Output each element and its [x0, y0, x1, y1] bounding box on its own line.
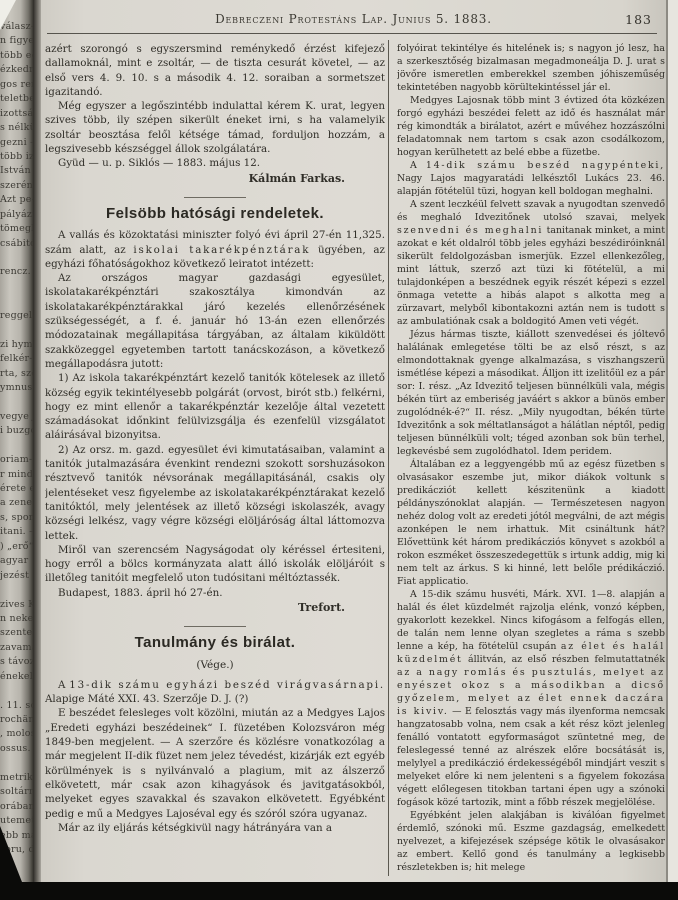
neighbor-page-line: csábitó — [0, 237, 33, 251]
neighbor-page-line: felkér- — [0, 352, 33, 366]
neighbor-page-line — [0, 280, 33, 294]
neighbor-page-line: a zenei — [0, 496, 33, 510]
article-title: Tanulmány és birálat. — [45, 636, 385, 650]
neighbor-page-line: oriam- — [0, 453, 33, 467]
neighbor-page-line — [0, 294, 33, 308]
paragraph: Jézus hármas tiszte, kiállott szenvedése… — [397, 328, 665, 458]
neighbor-page-line: gezni — — [0, 136, 33, 150]
scan-bottom-shadow — [0, 882, 678, 900]
emphasized-text: iskolai takarékpénztárak — [133, 244, 310, 256]
paragraph: Egyébként jelen alakjában is kiválóan fi… — [397, 809, 665, 874]
neighbor-page-line: zavamat, — [0, 641, 33, 655]
neighbor-page-line: ymnusok — [0, 381, 33, 395]
text-segment: Már az ily eljárás kétségkivül nagy hátr… — [58, 822, 332, 834]
paragraph: azért szorongó s egyszersmind reménykedő… — [45, 42, 385, 99]
text-segment: Jézus hármas tiszte, kiállott szenvedése… — [397, 329, 665, 457]
page-number: 183 — [625, 12, 652, 27]
neighbor-page-line: izottság — [0, 107, 33, 121]
neighbor-page-line: több iz- — [0, 150, 33, 164]
neighbor-page-line — [0, 756, 33, 770]
section-divider — [184, 626, 246, 627]
neighbor-page-line: ossus. — [0, 742, 33, 756]
neighbor-page-line: gos ren- — [0, 78, 33, 92]
dateline: Gyüd — u. p. Siklós — 1883. május 12. — [45, 156, 385, 170]
neighbor-page-line: teletben — [0, 92, 33, 106]
neighbor-page-line: s távoz- — [0, 655, 33, 669]
text-segment: E beszédet felesleges volt közölni, miut… — [45, 707, 385, 819]
neighbor-page-line: i buzgó- — [0, 424, 33, 438]
dateline: Budapest, 1883. ápril hó 27-én. — [45, 586, 385, 600]
neighbor-page-line: zives K. — [0, 598, 33, 612]
neighbor-page-line: István — [0, 164, 33, 178]
paragraph: folyóirat tekintélye és hitelének is; s … — [397, 42, 665, 94]
text-segment: Medgyes Lajosnak több mint 3 évtized óta… — [397, 95, 665, 158]
neighbor-page-line: vegye jó — [0, 410, 33, 424]
text-segment: azért szorongó s egyszersmind reménykedő… — [45, 43, 385, 98]
text-segment: 1) Az iskola takarékpénztárt kezelő tani… — [45, 372, 385, 441]
masthead: Debreczeni Protestáns Lap. Junius 5. 188… — [41, 12, 666, 26]
section-divider — [184, 197, 246, 198]
paragraph: E beszédet felesleges volt közölni, miut… — [45, 706, 385, 820]
text-segment: A — [410, 160, 426, 171]
neighbor-page-line — [0, 439, 33, 453]
text-segment: A — [58, 679, 69, 691]
text-segment: — E felosztás vagy más ilyenforma nemcsa… — [397, 706, 665, 808]
paragraph: Medgyes Lajosnak több mint 3 évtized óta… — [397, 94, 665, 159]
journal-page: Debreczeni Protestáns Lap. Junius 5. 188… — [41, 0, 666, 882]
text-segment: Általában ez a leggyengébb mű az egész f… — [397, 459, 665, 587]
author-signature: Kálmán Farkas. — [45, 172, 385, 186]
neighbor-page-line: n figyel- — [0, 34, 33, 48]
text-segment: tanitanak minket, a mint azokat e két ol… — [397, 225, 665, 327]
paragraph: Általában ez a leggyengébb mű az egész f… — [397, 458, 665, 588]
neighbor-page-line — [0, 684, 33, 698]
text-segment: Még egyszer a legőszintébb indulattal ké… — [45, 100, 385, 155]
neighbor-page-line: Azt pe- — [0, 193, 33, 207]
neighbor-page-line: . 11. so- — [0, 699, 33, 713]
left-column: azért szorongó s egyszersmind reménykedő… — [45, 42, 385, 880]
neighbor-page-line: reggeli — [0, 309, 33, 323]
neighbor-page-line: itani. — — [0, 525, 33, 539]
neighbor-page-line — [0, 395, 33, 409]
emphasized-text: szenvedni és meghalni — [397, 225, 543, 236]
neighbor-page-line: rencz. — [0, 265, 33, 279]
issue-date: Junius 5. 1883. — [392, 12, 491, 26]
neighbor-page-line: r mind a — [0, 468, 33, 482]
neighbor-page-line: rochäns), — [0, 713, 33, 727]
neighbor-page-line: s, spon- — [0, 511, 33, 525]
neighbor-page-line: soltárral — [0, 785, 33, 799]
text-segment: Alapige Máté XXI. 43. Szerzője D. J. (?) — [45, 693, 248, 705]
paragraph: Miről van szerencsém Nagyságodat oly kér… — [45, 543, 385, 586]
neighbor-page-line: orában a — [0, 800, 33, 814]
text-segment: folyóirat tekintélye és hitelének is; s … — [397, 43, 665, 93]
text-segment: A szent leczkéül felvett szavak a nyugod… — [397, 199, 665, 223]
masthead-rule — [47, 33, 657, 34]
paragraph: Már az ily eljárás kétségkivül nagy hátr… — [45, 821, 385, 835]
paragraph: A 14-dik számu beszéd nagypénteki, Nagy … — [397, 159, 665, 198]
neighbor-page-line: szerény- — [0, 179, 33, 193]
paragraph: 2) Az orsz. m. gazd. egyesület évi kimut… — [45, 443, 385, 543]
right-column: folyóirat tekintélye és hitelének is; s … — [397, 42, 665, 882]
neighbor-page-line: énekelni — [0, 670, 33, 684]
paragraph: Még egyszer a legőszintébb indulattal ké… — [45, 99, 385, 156]
neighbor-page-line — [0, 323, 33, 337]
article-title: Felsöbb hatósági rendeletek. — [45, 207, 385, 221]
outer-page-edge — [668, 0, 678, 882]
neighbor-page-line: rta, szép — [0, 367, 33, 381]
neighbor-page-line: ézkedni, — [0, 63, 33, 77]
paragraph: A szent leczkéül felvett szavak a nyugod… — [397, 198, 665, 328]
neighbor-page-line: tömegbe — [0, 222, 33, 236]
neighbor-page-line — [0, 583, 33, 597]
author-signature: Trefort. — [45, 601, 385, 615]
neighbor-page-line: metriká- — [0, 771, 33, 785]
neighbor-page-line: zi hym- — [0, 338, 33, 352]
neighbor-page-line: , molos- — [0, 727, 33, 741]
text-segment: Egyébként jelen alakjában is kiválóan fi… — [397, 810, 665, 873]
paragraph: Az országos magyar gazdasági egyesület, … — [45, 271, 385, 371]
text-segment: állitván, az első részben felmutattatnék — [463, 654, 665, 665]
text-segment: 2) Az orsz. m. gazd. egyesület évi kimut… — [45, 444, 385, 542]
neighbor-page-line — [0, 251, 33, 265]
text-segment: Miről van szerencsém Nagyságodat oly kér… — [45, 544, 385, 585]
neighbor-page-line: több egy- — [0, 49, 33, 63]
column-divider — [388, 40, 389, 876]
emphasized-text: 13-dik számu egyházi beszéd virágvasárna… — [69, 679, 385, 691]
bottom-left-shadow — [0, 826, 22, 882]
facing-page-sliver: válasz-n figyel-több egy-ézkedni,gos ren… — [0, 0, 33, 882]
paragraph: A 15-dik számu husvéti, Márk. XVI. 1—8. … — [397, 588, 665, 809]
scanned-book-spread: válasz-n figyel-több egy-ézkedni,gos ren… — [0, 0, 678, 900]
top-left-corner — [0, 0, 16, 30]
paragraph: A 13-dik számu egyházi beszéd virágvasár… — [45, 678, 385, 707]
neighbor-page-line: szentelt, — [0, 626, 33, 640]
neighbor-page-line: s nélkül, — [0, 121, 33, 135]
paragraph: 1) Az iskola takarékpénztárt kezelő tani… — [45, 371, 385, 442]
book-gutter-shadow — [33, 0, 41, 882]
neighbor-page-line: jezést — [0, 569, 33, 583]
neighbor-page-line: n nekem, — [0, 612, 33, 626]
neighbor-page-line: agyar — [0, 554, 33, 568]
text-segment: Nagy Lajos magyaratádi lelkésztől Lukács… — [397, 173, 665, 197]
emphasized-text: 14-dik számu beszéd nagypénteki, — [426, 160, 665, 171]
paragraph: A vallás és közoktatási miniszter folyó … — [45, 228, 385, 271]
text-segment: Az országos magyar gazdasági egyesület, … — [45, 272, 385, 370]
neighbor-page-line: ) „erő“ — [0, 540, 33, 554]
journal-title: Debreczeni Protestáns Lap. — [215, 12, 388, 26]
article-subtitle: (Vége.) — [45, 658, 385, 672]
neighbor-page-line: pályázni — [0, 208, 33, 222]
neighbor-page-line: érete ez: — [0, 482, 33, 496]
